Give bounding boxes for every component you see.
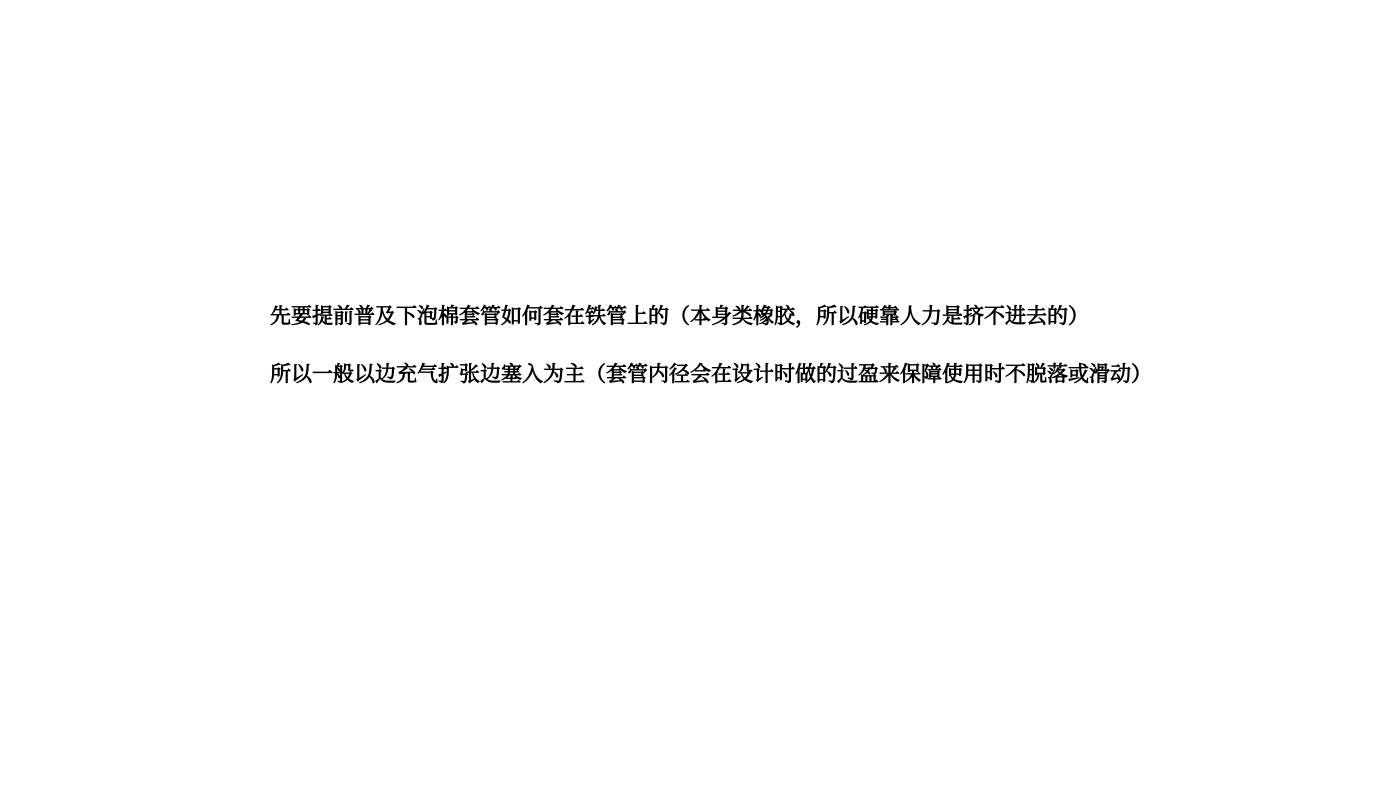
text-line-1: 先要提前普及下泡棉套管如何套在铁管上的（本身类橡胶，所以硬靠人力是挤不进去的）	[270, 306, 1270, 327]
annotation-text-block: 先要提前普及下泡棉套管如何套在铁管上的（本身类橡胶，所以硬靠人力是挤不进去的） …	[270, 306, 1270, 385]
text-line-2: 所以一般以边充气扩张边塞入为主（套管内径会在设计时做的过盈来保障使用时不脱落或滑…	[270, 364, 1270, 385]
